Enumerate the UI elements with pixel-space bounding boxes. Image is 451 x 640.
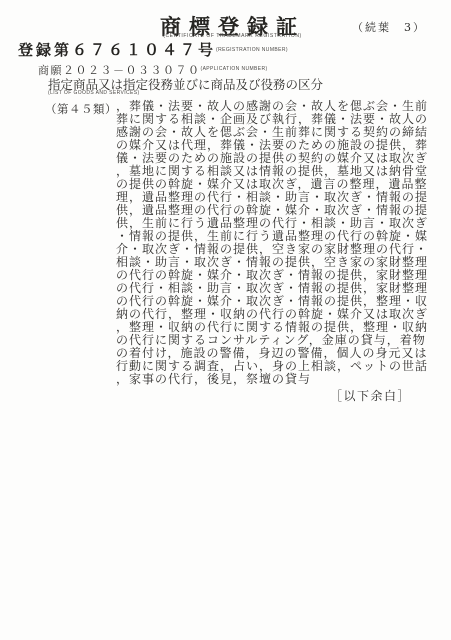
end-of-text-note: ［以下余白］ (330, 387, 411, 404)
registration-number: 登録第６７６１０４７号 (18, 41, 216, 59)
goods-services-heading-english: (LIST OF GOODS AND SERVICES) (48, 90, 140, 96)
certificate-page: （続葉 3） 商標登録証 (CERTIFICATE OF TRADEMARK R… (0, 0, 451, 640)
application-number-label: (APPLICATION NUMBER) (201, 66, 268, 72)
goods-line: ，家事の代行，後見，祭壇の貸与 (116, 373, 440, 386)
class-45-label: （第４５類） (45, 101, 117, 117)
goods-services-text: ，葬儀・法要・故人の感謝の会・故人を偲ぶ会・生前 葬に関する相談・企画及び執行，… (116, 100, 440, 386)
registration-number-label: (REGISTRATION NUMBER) (216, 47, 288, 53)
registration-number-line: 登録第６７６１０４７号(REGISTRATION NUMBER) (18, 39, 288, 60)
